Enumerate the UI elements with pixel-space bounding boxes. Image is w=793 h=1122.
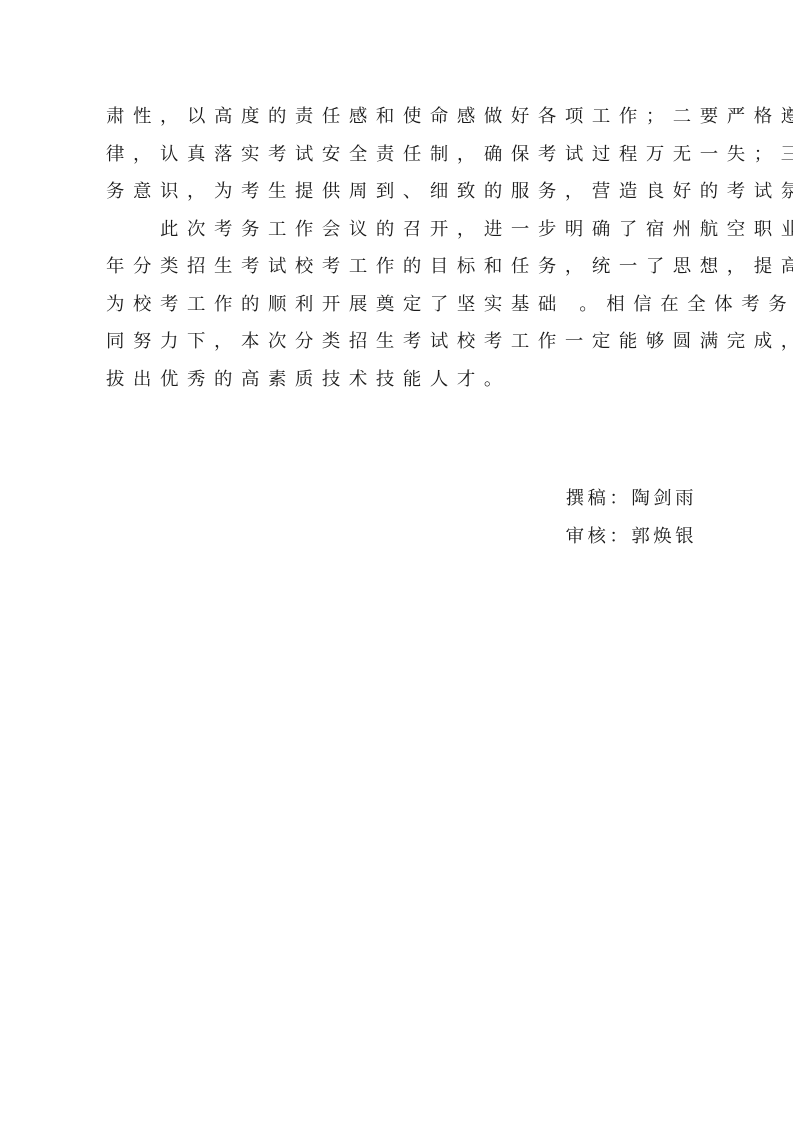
signature-block: 撰稿：陶剑雨 审核：郭焕银 bbox=[566, 480, 697, 555]
text-line: 为校考工作的顺利开展奠定了坚实基础 。相信在全体考务人员的共 bbox=[106, 286, 700, 324]
text-line: 拔出优秀的高素质技术技能人才。 bbox=[106, 361, 700, 399]
author-credit: 撰稿：陶剑雨 bbox=[566, 480, 697, 518]
text-line: 律，认真落实考试安全责任制，确保考试过程万无一失；三要强化服 bbox=[106, 136, 700, 174]
document-page: 肃性，以高度的责任感和使命感做好各项工作；二要严格遵守考试纪 律，认真落实考试安… bbox=[0, 0, 793, 1122]
paragraph-meeting-summary: 此次考务工作会议的召开，进一步明确了宿州航空职业学院 2025 年分类招生考试校… bbox=[106, 211, 700, 399]
text-line: 年分类招生考试校考工作的目标和任务，统一了思想，提高了认识， bbox=[106, 248, 700, 286]
reviewer-credit: 审核：郭焕银 bbox=[566, 518, 697, 556]
paragraph-duties-continuation: 肃性，以高度的责任感和使命感做好各项工作；二要严格遵守考试纪 律，认真落实考试安… bbox=[106, 98, 700, 211]
text-line: 务意识，为考生提供周到、细致的服务，营造良好的考试氛围。 bbox=[106, 173, 700, 211]
document-body: 肃性，以高度的责任感和使命感做好各项工作；二要严格遵守考试纪 律，认真落实考试安… bbox=[106, 98, 700, 398]
text-line: 此次考务工作会议的召开，进一步明确了宿州航空职业学院 2025 bbox=[106, 211, 700, 249]
text-line: 肃性，以高度的责任感和使命感做好各项工作；二要严格遵守考试纪 bbox=[106, 98, 700, 136]
text-line: 同努力下，本次分类招生考试校考工作一定能够圆满完成，为学院选 bbox=[106, 323, 700, 361]
